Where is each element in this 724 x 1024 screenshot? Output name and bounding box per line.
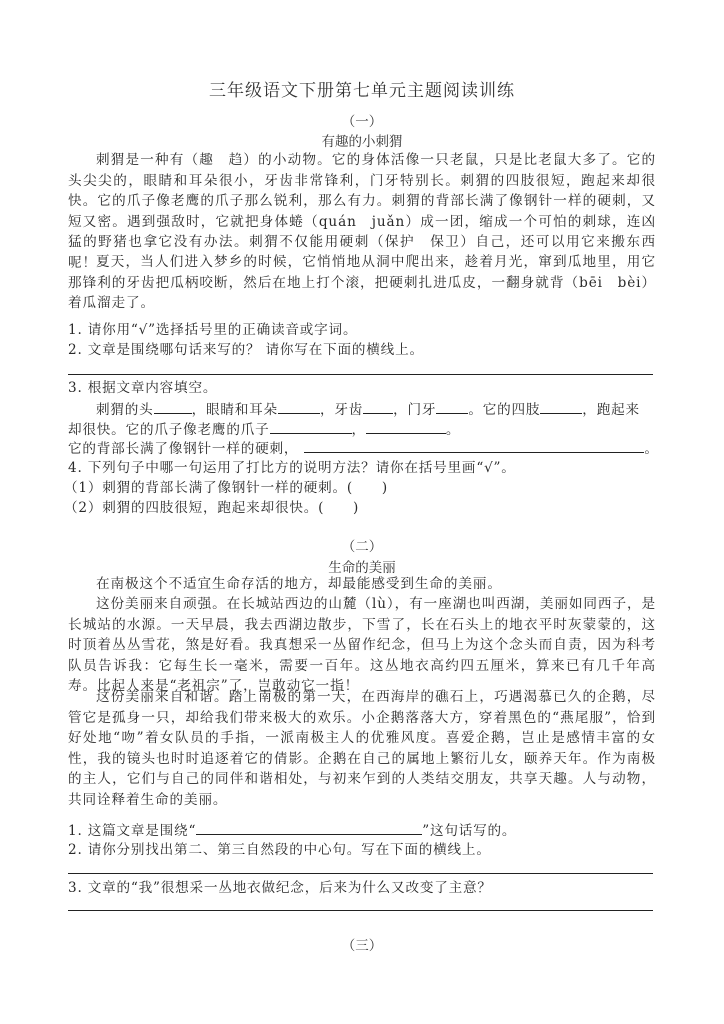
fill-text: 。 xyxy=(644,441,658,457)
section-1-question-1: 1. 请你用“√”选择括号里的正确读音或字词。 xyxy=(68,320,357,340)
answer-blank[interactable] xyxy=(366,419,446,434)
section-2-paragraph-3: 这份美丽来自和谐。踏上南极的第一天，在西海岸的礁石上，巧遇渴慕已久的企鹅，尽管它… xyxy=(68,687,656,810)
question-text: 1. 这篇文章是围绕“ xyxy=(68,823,196,839)
fill-text: 刺猬的头 xyxy=(96,402,154,418)
section-2-paragraph-1: 在南极这个不适宜生命存活的地方，却最能感受到生命的美丽。 xyxy=(68,574,656,595)
answer-blank[interactable] xyxy=(196,820,422,835)
section-1-question-2: 2. 文章是围绕哪句话来写的？ 请你写在下面的横线上。 xyxy=(68,340,424,360)
answer-line-s2-q3[interactable] xyxy=(68,910,653,911)
section-1-title: 有趣的小刺猬 xyxy=(68,130,656,150)
section-1-q3-fill-line-1: 刺猬的头，眼睛和耳朵，牙齿，门牙。它的四肢，跑起来 xyxy=(96,399,640,420)
answer-blank[interactable] xyxy=(304,438,644,453)
fill-text: 它的背部长满了像钢针一样的硬刺， xyxy=(68,441,298,457)
question-text: ”这句话写的。 xyxy=(422,823,516,839)
answer-line-s2-q2[interactable] xyxy=(68,873,653,874)
answer-line-s1-q2[interactable] xyxy=(68,374,653,375)
section-2-number: （二） xyxy=(68,535,656,555)
section-2-question-1: 1. 这篇文章是围绕“”这句话写的。 xyxy=(68,820,516,841)
section-1-question-3: 3. 根据文章内容填空。 xyxy=(68,378,217,398)
page-title: 三年级语文下册第七单元主题阅读训练 xyxy=(68,76,656,101)
fill-text: ，眼睛和耳朵 xyxy=(192,402,278,418)
fill-text: ，跑起来 xyxy=(582,402,640,418)
section-2-question-2: 2. 请你分别找出第二、第三自然段的中心句。写在下面的横线上。 xyxy=(68,840,491,860)
section-3-number: （三） xyxy=(68,934,656,954)
section-1-q4-option-2[interactable]: （2）刺猬的四肢很短，跑起来却很快。( ) xyxy=(64,498,359,518)
fill-text: 。 xyxy=(446,422,460,438)
fill-text: ，牙齿 xyxy=(320,402,363,418)
section-1-q3-fill-line-3: 它的背部长满了像钢针一样的硬刺，。 xyxy=(68,438,659,459)
section-2-question-3: 3. 文章的“我”很想采一丛地衣做纪念，后来为什么又改变了主意？ xyxy=(68,878,492,898)
answer-blank[interactable] xyxy=(363,399,393,414)
section-1-paragraph-2: 夏天，当人们进入梦乡的时候，它悄悄地从洞中爬出来，趁着月光，窜到瓜地里，用它那锋… xyxy=(68,252,656,314)
section-1-q3-fill-line-2: 却很快。它的爪子像老鹰的爪子，。 xyxy=(68,419,460,440)
fill-text: ，门牙 xyxy=(393,402,436,418)
section-1-q4-option-1[interactable]: （1）刺猬的背部长满了像钢针一样的硬刺。( ) xyxy=(64,478,388,498)
section-2-paragraph-2: 这份美丽来自顽强。在长城站西边的山麓（lù），有一座湖也叫西湖，美丽如同西子，是… xyxy=(68,594,656,697)
section-1-number: （一） xyxy=(68,110,656,130)
answer-blank[interactable] xyxy=(154,399,192,414)
answer-blank[interactable] xyxy=(540,399,582,414)
section-2-title: 生命的美丽 xyxy=(68,556,656,576)
fill-text: 却很快。它的爪子像老鹰的爪子 xyxy=(68,422,270,438)
fill-text: ， xyxy=(352,422,366,438)
section-1-question-4: 4. 下列句子中哪一句运用了打比方的说明方法？请你在括号里画“√”。 xyxy=(68,458,516,478)
fill-text: 。它的四肢 xyxy=(468,402,540,418)
answer-blank[interactable] xyxy=(270,419,352,434)
answer-blank[interactable] xyxy=(278,399,320,414)
answer-blank[interactable] xyxy=(436,399,468,414)
